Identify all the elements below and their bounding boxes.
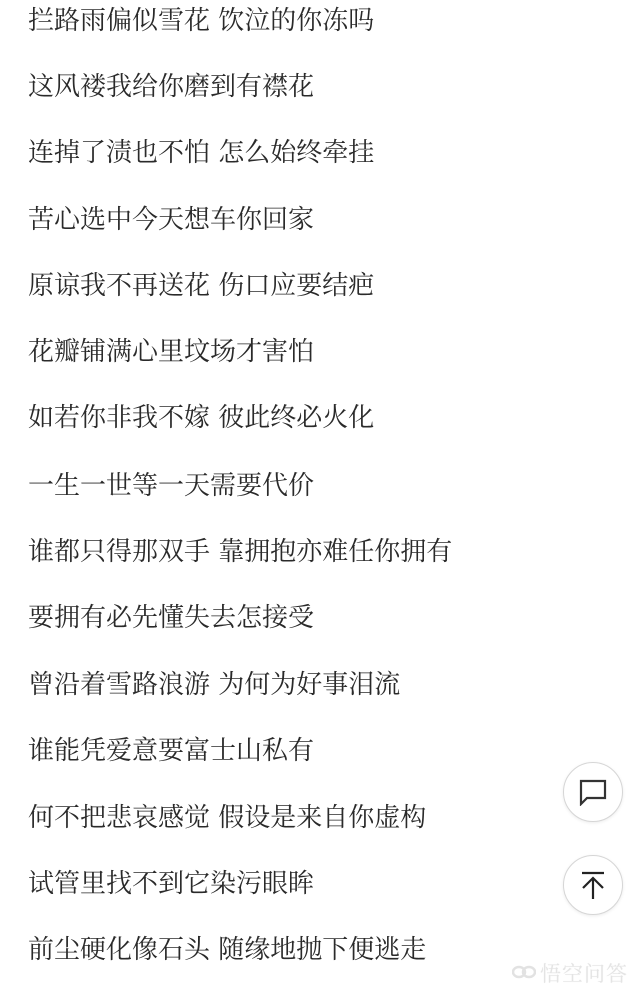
lyric-line: 花瓣铺满心里坟场才害怕 xyxy=(28,335,314,369)
lyric-line: 这风褛我给你磨到有襟花 xyxy=(28,70,314,104)
lyric-line: 谁能凭爱意要富士山私有 xyxy=(28,734,314,768)
lyric-line: 试管里找不到它染污眼眸 xyxy=(28,867,314,901)
lyric-line: 要拥有必先懂失去怎接受 xyxy=(28,601,314,635)
watermark: 悟空问答 xyxy=(512,960,628,986)
lyric-line: 一生一世等一天需要代价 xyxy=(28,469,314,503)
wukong-logo-icon xyxy=(512,961,536,985)
lyric-line: 前尘硬化像石头 随缘地抛下便逃走 xyxy=(28,933,426,967)
lyric-line: 如若你非我不嫁 彼此终必火化 xyxy=(28,401,374,435)
lyric-line: 连掉了渍也不怕 怎么始终牵挂 xyxy=(28,136,374,170)
back-to-top-button[interactable] xyxy=(563,855,623,915)
lyric-line: 原谅我不再送花 伤口应要结疤 xyxy=(28,269,374,303)
watermark-text: 悟空问答 xyxy=(540,958,628,988)
lyric-line: 谁都只得那双手 靠拥抱亦难任你拥有 xyxy=(28,535,452,569)
back-to-top-icon xyxy=(580,870,606,900)
lyric-line: 拦路雨偏似雪花 饮泣的你冻吗 xyxy=(28,4,374,38)
comment-icon xyxy=(578,778,608,806)
lyric-line: 苦心选中今天想车你回家 xyxy=(28,203,314,237)
comment-button[interactable] xyxy=(563,762,623,822)
lyric-line: 何不把悲哀感觉 假设是来自你虚构 xyxy=(28,801,426,835)
lyric-line: 曾沿着雪路浪游 为何为好事泪流 xyxy=(28,668,400,702)
